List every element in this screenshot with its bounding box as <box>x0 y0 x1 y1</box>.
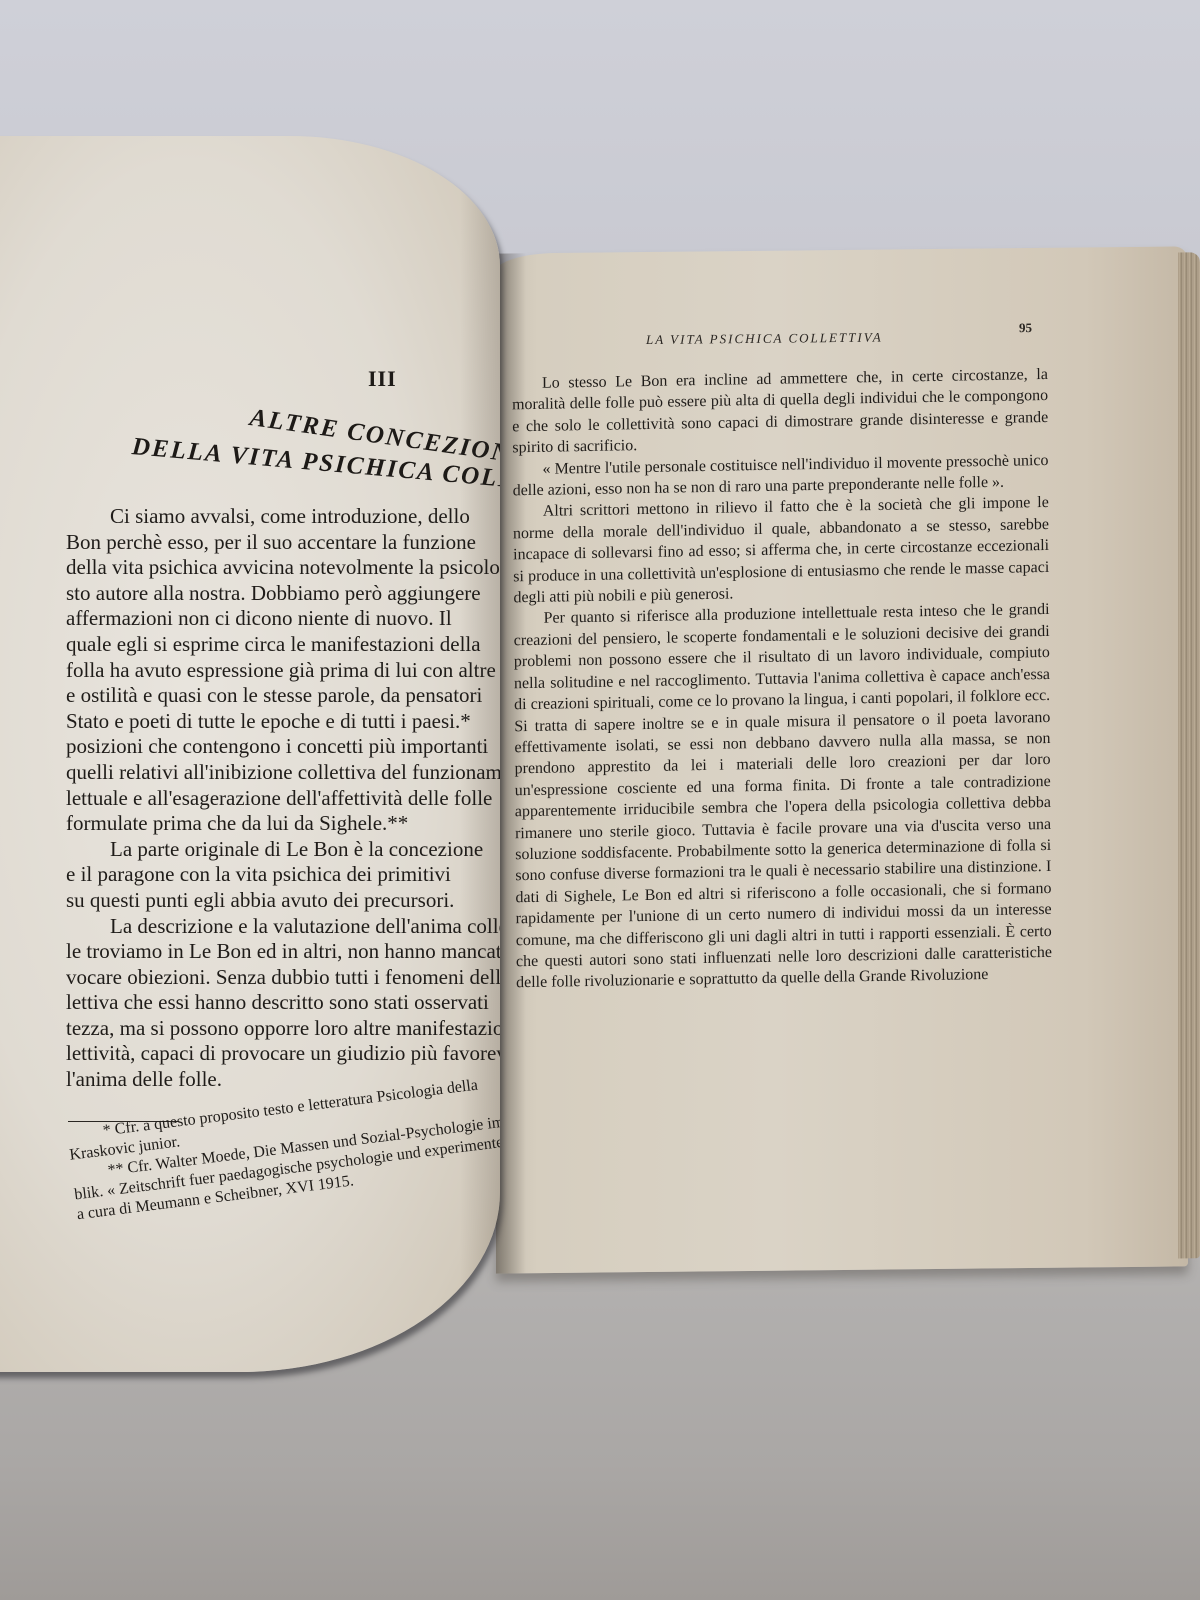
text-line: quale egli si esprime circa le manifesta… <box>66 632 496 658</box>
paragraph: Per quanto si riferisce alla produzione … <box>513 599 1052 994</box>
text-line: della vita psichica avvicina notevolment… <box>66 555 496 581</box>
text-line: La parte originale di Le Bon è la concez… <box>66 837 496 863</box>
text-line: quelli relativi all'inibizione collettiv… <box>66 760 496 786</box>
page-number: 95 <box>1019 320 1032 336</box>
left-page: III ALTRE CONCEZIONI DELLA VITA PSICHICA… <box>0 136 500 1372</box>
running-head: LA VITA PSICHICA COLLETTIVA <box>646 330 883 348</box>
text-line: sto autore alla nostra. Dobbiamo però ag… <box>66 581 496 607</box>
chapter-number: III <box>368 366 397 392</box>
text-line: lettività, capaci di provocare un giudiz… <box>66 1041 496 1067</box>
right-page-body: Lo stesso Le Bon era incline ad ammetter… <box>512 364 1052 994</box>
text-line: lettiva che essi hanno descritto sono st… <box>66 990 496 1016</box>
text-line: affermazioni non ci dicono niente di nuo… <box>66 606 496 632</box>
paragraph: Altri scrittori mettono in rilievo il fa… <box>513 492 1050 608</box>
text-line: Ci siamo avvalsi, come introduzione, del… <box>66 504 496 530</box>
text-line: su questi punti egli abbia avuto dei pre… <box>66 888 496 914</box>
text-line: folla ha avuto espressione già prima di … <box>66 658 496 684</box>
left-page-body: Ci siamo avvalsi, come introduzione, del… <box>66 504 496 1093</box>
text-line: le troviamo in Le Bon ed in altri, non h… <box>66 939 496 965</box>
text-line: e il paragone con la vita psichica dei p… <box>66 862 496 888</box>
text-line: tezza, ma si possono opporre loro altre … <box>66 1016 496 1042</box>
text-line: Bon perchè esso, per il suo accentare la… <box>66 530 496 556</box>
text-line: Stato e poeti di tutte le epoche e di tu… <box>66 709 496 735</box>
footnotes: * Cfr. a questo proposito testo e letter… <box>66 1072 500 1225</box>
text-line: lettuale e all'esagerazione dell'affetti… <box>66 786 496 812</box>
right-page: LA VITA PSICHICA COLLETTIVA 95 Lo stesso… <box>496 246 1188 1273</box>
text-line: vocare obiezioni. Senza dubbio tutti i f… <box>66 965 496 991</box>
text-line: formulate prima che da lui da Sighele.** <box>66 811 496 837</box>
paragraph: Lo stesso Le Bon era incline ad ammetter… <box>512 364 1049 459</box>
page-edge-stack <box>1178 252 1200 1258</box>
text-line: e ostilità e quasi con le stesse parole,… <box>66 683 496 709</box>
text-line: La descrizione e la valutazione dell'ani… <box>66 914 496 940</box>
text-line: posizioni che contengono i concetti più … <box>66 734 496 760</box>
